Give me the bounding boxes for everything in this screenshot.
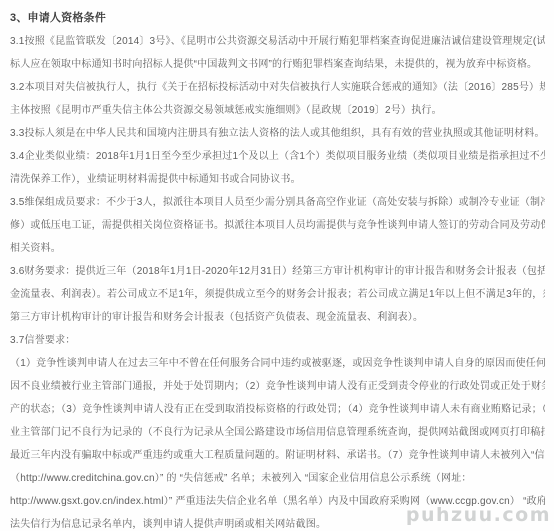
text-line: 3.4企业类似业绩：2018年1月1日至今至少承担过1个及以上（含1个）类似项目… bbox=[10, 145, 545, 168]
document-page: 3、申请人资格条件 3.1按照《昆监管联发〔2014〕3号》、《昆明市公共资源交… bbox=[0, 0, 554, 531]
text-line: 清洗保养工作），业绩证明材料需提供中标通知书或合同协议书。 bbox=[10, 168, 545, 191]
text-line: （1）竞争性谈判申请人在过去三年中不曾在任何服务合同中违约或被驱逐，或因竞争性谈… bbox=[10, 352, 545, 375]
text-line: 业主管部门记不良行为记录的（不良行为记录从全国公路建设市场信用信息管理系统查询，… bbox=[10, 421, 545, 444]
text-line: 因不良业绩被行业主管部门通报，并处于处罚期内；（2）竞争性谈判申请人没有正受到责… bbox=[10, 375, 545, 398]
text-line: 3.2本项目对失信被执行人，执行《关于在招标投标活动中对失信被执行人实施联合惩戒… bbox=[10, 76, 545, 99]
text-line: 标人应在领取中标通知书时向招标人提供“中国裁判文书网”的行贿犯罪档案查询结果，未… bbox=[10, 53, 545, 76]
text-line: 相关资料。 bbox=[10, 237, 545, 260]
text-line: 修）或低压电工证，需提供相关岗位资格证书。拟派往本项目人员均需提供与竞争性谈判申… bbox=[10, 214, 545, 237]
section-heading: 3、申请人资格条件 bbox=[10, 7, 545, 30]
text-line: 第三方审计机构审计的审计报告和财务会计报表（包括资产负债表、现金流量表、利润表）… bbox=[10, 306, 545, 329]
text-line: 最近三年内没有骗取中标或严重违约或重大工程质量问题的。附证明材料、承诺书。（7）… bbox=[10, 444, 545, 467]
text-line: 3.6财务要求：提供近三年（2018年1月1日-2020年12月31日）经第三方… bbox=[10, 260, 545, 283]
text-line: 3.3投标人须是在中华人民共和国境内注册具有独立法人资格的法人或其他组织，具有有… bbox=[10, 122, 545, 145]
text-line: （http://www.creditchina.gov.cn）” 的 “失信惩戒… bbox=[10, 467, 545, 490]
text-line: 3.7信誉要求： bbox=[10, 329, 545, 352]
text-line: 产的状态；（3）竞争性谈判申请人没有正在受到取消投标资格的行政处罚；（4）竞争性… bbox=[10, 398, 545, 421]
text-line: 主体按照《昆明市严重失信主体公共资源交易领域惩戒实施细则》（昆政规〔2019〕2… bbox=[10, 99, 545, 122]
watermark-text: puhzuu.com bbox=[406, 504, 551, 526]
text-line: 3.1按照《昆监管联发〔2014〕3号》、《昆明市公共资源交易活动中开展行贿犯罪… bbox=[10, 30, 545, 53]
text-line: 3.5维保组成员要求：不少于3人，拟派往本项目人员至少需分别具备高空作业证（高处… bbox=[10, 191, 545, 214]
document-body: 3、申请人资格条件 3.1按照《昆监管联发〔2014〕3号》、《昆明市公共资源交… bbox=[0, 0, 554, 531]
text-line: 金流量表、利润表）。若公司成立不足1年，须提供成立至今的财务会计报表；若公司成立… bbox=[10, 283, 545, 306]
